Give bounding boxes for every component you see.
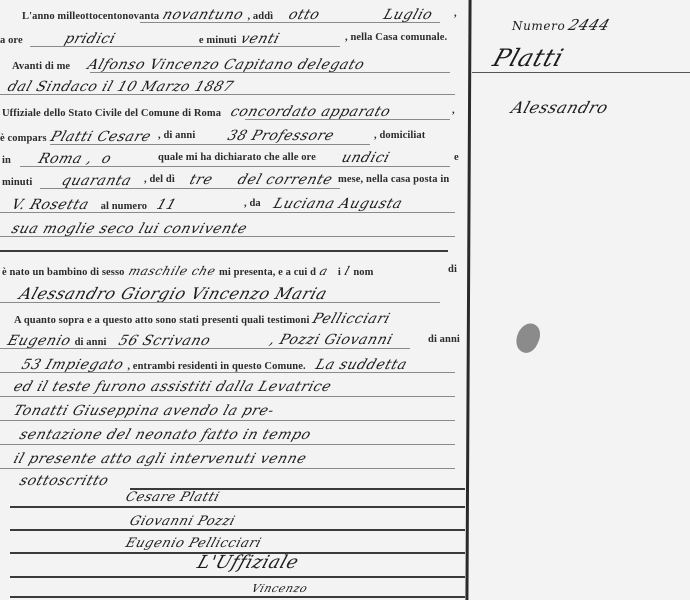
handwritten-text: del corrente	[235, 172, 334, 188]
line-officer: Avanti di me Alfonso Vincenzo Capitano d…	[12, 56, 364, 76]
handwritten-text: La suddetta	[313, 357, 409, 373]
handwritten-text: concordato apparato	[228, 104, 392, 120]
handwritten-text: sottoscritto	[17, 473, 111, 489]
printed-text: minuti	[2, 177, 32, 188]
printed-text: L'anno milleottocentonovanta	[22, 11, 159, 22]
printed-text: , del dì	[144, 174, 175, 185]
fill-line	[245, 119, 450, 120]
fill-line	[0, 302, 440, 303]
handwritten-text: o	[99, 151, 113, 167]
line-notes-4: il presente atto agli intervenuti venne	[14, 450, 306, 470]
signature-line	[10, 576, 465, 578]
numero-value: 2444	[566, 16, 612, 34]
handwritten-text: sua moglie seco lui convivente	[9, 221, 249, 237]
handwritten-age-profession: 38 Professore	[225, 128, 336, 144]
handwritten-officer: Alfonso Vincenzo Capitano delegato	[86, 57, 367, 73]
fill-line	[40, 188, 340, 189]
handwritten-mother-name: Luciana Augusta	[271, 196, 404, 212]
signature-line	[10, 596, 465, 598]
fill-line	[0, 420, 455, 421]
margin-surname: Platti	[489, 44, 567, 72]
handwritten-midwife: Tonatti Giuseppina avendo la pre-	[11, 403, 276, 419]
margin-given-name: Alessandro	[509, 98, 611, 117]
line-sex: è nato un bambino di sesso maschile che …	[2, 262, 373, 282]
handwritten-child-name: Alessandro Giorgio Vincenzo Maria	[17, 284, 330, 303]
printed-text: è nato un bambino di sesso	[2, 267, 125, 278]
signature-line	[10, 529, 465, 531]
printed-text: , nella Casa comunale.	[345, 32, 447, 43]
handwritten-witness-2-age: 53 Impiegato	[19, 357, 126, 373]
handwritten-text: sentazione del neonato fatto in tempo	[17, 427, 313, 443]
handwritten-text: a	[318, 264, 330, 278]
handwritten-witness-1-name: Eugenio	[5, 333, 73, 349]
signature-officer: L'Uffiziale	[195, 552, 302, 573]
handwritten-witness-2-name: , Pozzi Giovanni	[267, 332, 395, 348]
handwritten-month: Luglio	[381, 7, 434, 23]
fill-line	[0, 396, 455, 397]
fill-line	[140, 22, 440, 23]
section-rule	[0, 250, 448, 252]
printed-text: , addì	[247, 11, 273, 22]
handwritten-hour: pridici	[62, 31, 117, 47]
birth-record-page: L'anno milleottocentonovanta novantuno ,…	[0, 0, 690, 600]
printed-text: , da	[244, 198, 261, 209]
line-notes-5: sottoscritto	[20, 472, 108, 492]
handwritten-text: l	[343, 264, 352, 278]
printed-text: A quanto sopra e a questo atto sono stat…	[14, 315, 309, 326]
printed-text: e	[454, 152, 459, 163]
handwritten-city: Roma ,	[36, 151, 94, 167]
handwritten-day: otto	[287, 7, 323, 23]
signature-officer-name: Vincenzo	[250, 582, 310, 595]
handwritten-witness-1-age: 56 Scrivano	[116, 333, 212, 349]
line-minutes-date: minuti quaranta , del dì tre del corrent…	[2, 172, 132, 192]
line-witnesses: A quanto sopra e a questo atto sono stat…	[14, 310, 390, 330]
printed-text: , domiciliat	[374, 130, 425, 141]
handwritten-witness-1-surname: Pellicciari	[311, 311, 393, 327]
printed-text: a ore	[0, 35, 23, 46]
printed-text: ,	[452, 105, 455, 116]
fill-line	[0, 468, 455, 469]
record-body: L'anno milleottocentonovanta novantuno ,…	[0, 0, 468, 600]
handwritten-street: V. Rosetta	[9, 197, 91, 213]
printed-text: e minuti	[199, 35, 237, 46]
printed-text: ,	[454, 8, 457, 19]
signature-witness-2: Giovanni Pozzi	[128, 514, 238, 529]
margin-column: Numero 2444 Platti Alessandro	[472, 0, 690, 600]
printed-text: nom	[353, 267, 373, 278]
line-comparent: è compars Platti Cesare , di anni 38 Pro…	[0, 128, 150, 148]
handwritten-delegation: dal Sindaco il 10 Marzo 1887	[5, 79, 235, 95]
printed-text: Avanti di me	[12, 61, 70, 72]
printed-text: al numero	[101, 201, 148, 212]
line-notes-1: ed il teste furono assistiti dalla Levat…	[14, 378, 331, 398]
handwritten-year: novantuno	[161, 7, 246, 23]
line-notes-3: sentazione del neonato fatto in tempo	[20, 426, 311, 446]
fill-line	[0, 372, 455, 373]
fill-line	[0, 444, 455, 445]
handwritten-text: ed il teste furono assistiti dalla Levat…	[11, 379, 333, 395]
printed-text: Uffiziale dello Stato Civile del Comune …	[2, 108, 221, 119]
line-residents: 53 Impiegato , entrambi residenti in que…	[22, 356, 406, 376]
line-notes-2: Tonatti Giuseppina avendo la pre-	[14, 402, 274, 422]
signature-declarant: Cesare Platti	[124, 490, 222, 505]
printed-text: mese, nella casa posta in	[338, 174, 449, 185]
line-hour: a ore pridici e minuti venti , nella Cas…	[0, 30, 279, 50]
printed-text: , entrambi residenti in questo Comune.	[127, 361, 305, 372]
printed-text: i	[338, 267, 341, 278]
fill-line	[0, 212, 455, 213]
line-uffiziale: Uffiziale dello Stato Civile del Comune …	[2, 103, 390, 123]
handwritten-birth-minutes: quaranta	[60, 173, 134, 189]
fill-line	[30, 46, 340, 47]
margin-rule	[472, 72, 690, 73]
line-delegation: dal Sindaco il 10 Marzo 1887	[8, 78, 233, 98]
printed-text: di anni	[428, 334, 460, 345]
printed-text: di anni	[75, 337, 107, 348]
printed-text: , di anni	[158, 130, 195, 141]
handwritten-birth-day: tre	[187, 172, 215, 188]
line-witness-ages: Eugenio di anni 56 Scrivano , Pozzi Giov…	[8, 332, 210, 352]
handwritten-birth-hour: undici	[339, 150, 392, 166]
handwritten-sex: maschile che	[126, 264, 217, 278]
line-child-name: Alessandro Giorgio Vincenzo Maria	[20, 284, 327, 304]
printed-text: quale mi ha dichiarato che alle ore	[158, 152, 316, 163]
printed-text: è compars	[0, 133, 47, 144]
signature-witness-1: Eugenio Pellicciari	[124, 536, 264, 551]
numero-label: Numero	[512, 19, 565, 33]
fill-line	[0, 236, 455, 237]
signature-line	[10, 506, 465, 508]
handwritten-declarant-name: Platti Cesare	[48, 129, 153, 145]
fill-line	[0, 94, 455, 95]
printed-text: mi presenta, e a cui d	[219, 267, 316, 278]
fill-line	[90, 72, 450, 73]
handwritten-minutes: venti	[238, 31, 282, 47]
printed-text: di	[448, 264, 457, 275]
line-address: V. Rosetta al numero 11 , da Luciana Aug…	[12, 196, 176, 216]
fill-line	[20, 166, 450, 167]
printed-text: in	[2, 155, 11, 166]
fill-line	[0, 348, 410, 349]
handwritten-text: il presente atto agli intervenuti venne	[11, 451, 308, 467]
line-relation: sua moglie seco lui convivente	[12, 220, 247, 240]
fill-line	[50, 144, 370, 145]
line-year: L'anno milleottocentonovanta novantuno ,…	[22, 6, 432, 26]
line-domicile: in Roma , o quale mi ha dichiarato che a…	[2, 150, 111, 170]
record-number: Numero 2444	[512, 16, 610, 35]
handwritten-house-number: 11	[155, 197, 179, 213]
